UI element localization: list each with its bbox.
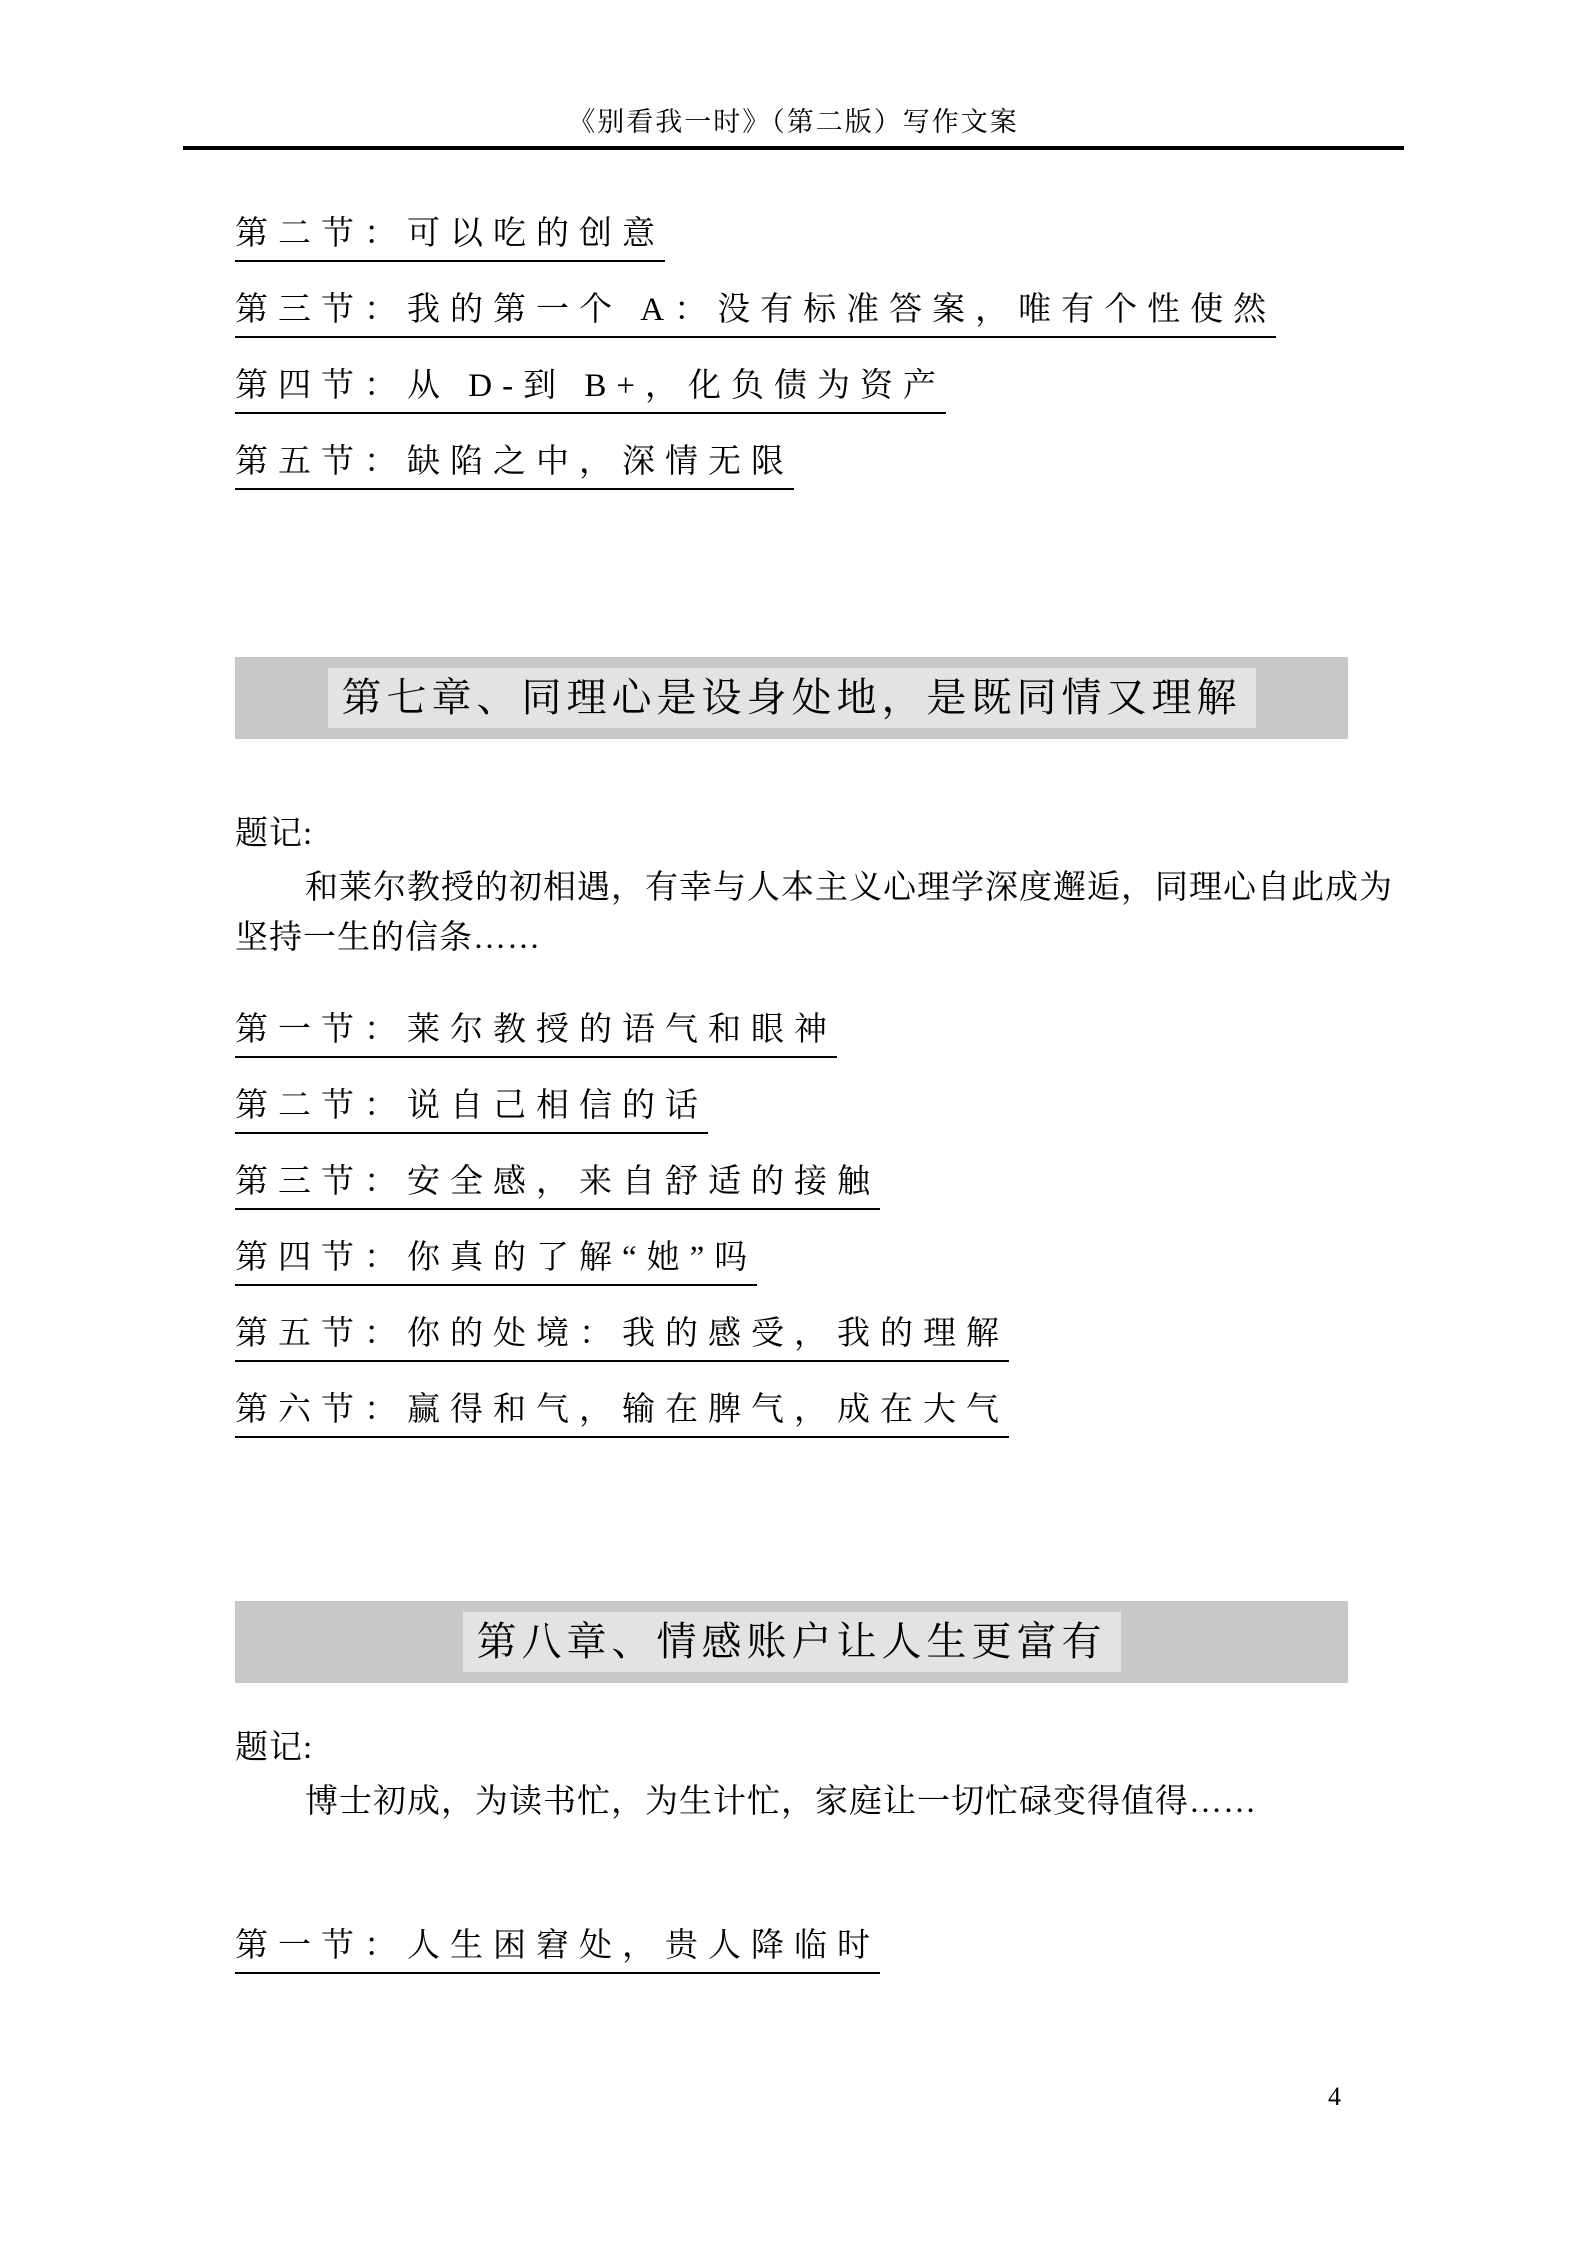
section-title: 第一节：莱尔教授的语气和眼神 <box>235 1011 1405 1049</box>
document-page: 《别看我一时》（第二版）写作文案 第二节：可以吃的创意 第三节：我的第一个 A：… <box>0 0 1587 2245</box>
section-title: 第三节：安全感，来自舒适的接触 <box>235 1163 1405 1201</box>
chapter-epigraph: 题记: 博士初成，为读书忙，为生计忙，家庭让一切忙碌变得值得…… <box>235 1729 1405 1827</box>
chapter-title-highlight: 第八章、情感账户让人生更富有 <box>463 1612 1121 1672</box>
chapter-title-band: 第七章、同理心是设身处地，是既同情又理解 <box>235 657 1348 739</box>
chapter-title-band: 第八章、情感账户让人生更富有 <box>235 1601 1348 1683</box>
section-title: 第五节：缺陷之中，深情无限 <box>235 443 1405 481</box>
section-title: 第二节：可以吃的创意 <box>235 215 1405 253</box>
page-header: 《别看我一时》（第二版）写作文案 <box>183 104 1404 150</box>
epigraph-label: 题记: <box>235 1729 1405 1767</box>
chapter-title-highlight: 第七章、同理心是设身处地，是既同情又理解 <box>328 668 1256 728</box>
section-title: 第四节：从 D-到 B+，化负债为资产 <box>235 367 1405 405</box>
section-title: 第五节：你的处境：我的感受，我的理解 <box>235 1315 1405 1353</box>
document-body: 第二节：可以吃的创意 第三节：我的第一个 A：没有标准答案，唯有个性使然 第四节… <box>235 215 1405 2003</box>
section-title: 第二节：说自己相信的话 <box>235 1087 1405 1125</box>
header-title: 《别看我一时》（第二版）写作文案 <box>568 107 1019 137</box>
chapter-section-list: 第一节：莱尔教授的语气和眼神 第二节：说自己相信的话 第三节：安全感，来自舒适的… <box>235 1011 1405 1429</box>
epigraph-text: 博士初成，为读书忙，为生计忙，家庭让一切忙碌变得值得…… <box>235 1777 1400 1827</box>
section-title: 第六节：赢得和气，输在脾气，成在大气 <box>235 1391 1405 1429</box>
section-title: 第四节：你真的了解“她”吗 <box>235 1239 1405 1277</box>
epigraph-label: 题记: <box>235 815 1405 853</box>
section-title: 第三节：我的第一个 A：没有标准答案，唯有个性使然 <box>235 291 1405 329</box>
section-title: 第一节：人生困窘处，贵人降临时 <box>235 1927 1405 1965</box>
chapter-section-list: 第一节：人生困窘处，贵人降临时 <box>235 1927 1405 1965</box>
chapter-epigraph: 题记: 和莱尔教授的初相遇，有幸与人本主义心理学深度邂逅，同理心自此成为坚持一生… <box>235 815 1405 963</box>
page-number: 4 <box>1328 2082 1341 2112</box>
epigraph-text: 和莱尔教授的初相遇，有幸与人本主义心理学深度邂逅，同理心自此成为坚持一生的信条…… <box>235 863 1400 963</box>
